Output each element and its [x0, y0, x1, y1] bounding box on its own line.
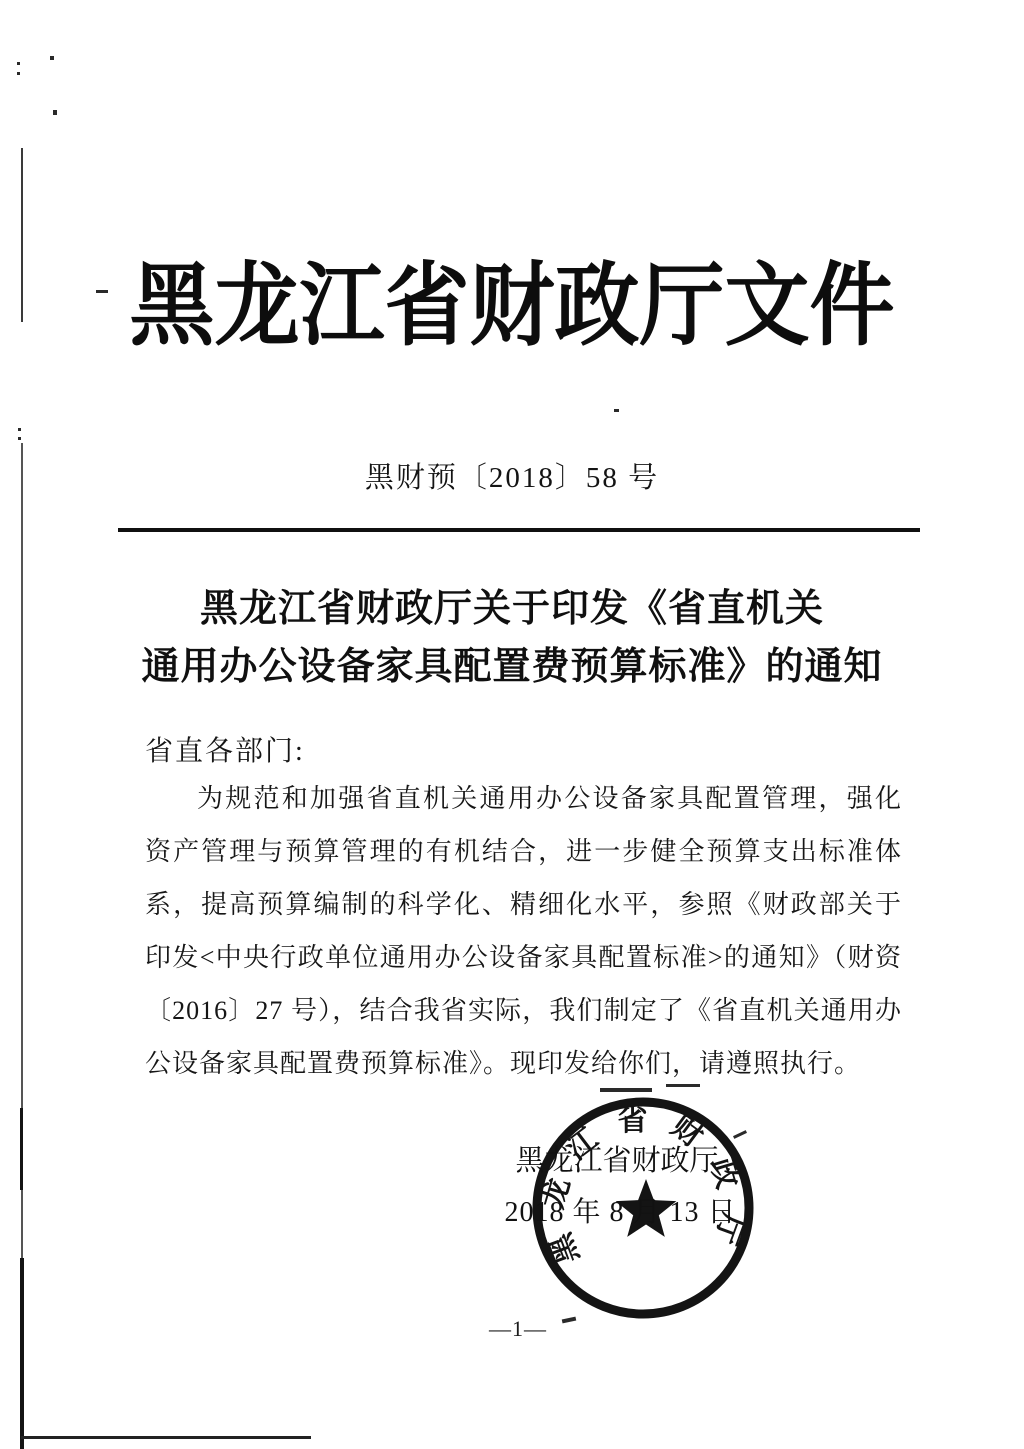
scan-speck	[614, 409, 619, 412]
scan-speck	[18, 437, 21, 440]
body-line: 资产管理与预算管理的有机结合，进一步健全预算支出标准体	[145, 825, 902, 878]
notice-title-line1: 黑龙江省财政厅关于印发《省直机关	[0, 586, 1024, 632]
document-number: 黑财预〔2018〕58 号	[0, 458, 1024, 498]
scan-speck	[18, 428, 21, 431]
body-line: 系，提高预算编制的科学化、精细化水平，参照《财政部关于	[145, 878, 902, 931]
scan-page-edge-line	[21, 1436, 311, 1439]
scan-page-edge-line	[20, 1108, 23, 1190]
letterhead-title: 黑龙江省财政厅文件	[0, 244, 1024, 369]
body-paragraph: 为规范和加强省直机关通用办公设备家具配置管理，强化 资产管理与预算管理的有机结合…	[145, 772, 902, 1090]
document-page: 黑龙江省财政厅文件 黑财预〔2018〕58 号 黑龙江省财政厅关于印发《省直机关…	[0, 0, 1024, 1449]
body-line: 〔2016〕27 号），结合我省实际，我们制定了《省直机关通用办	[145, 984, 902, 1037]
body-line: 为规范和加强省直机关通用办公设备家具配置管理，强化	[145, 772, 902, 825]
scan-speck	[50, 56, 54, 60]
scan-speck	[53, 110, 57, 115]
signature-date: 2018 年 8 月 13 日	[498, 1190, 743, 1230]
scan-page-edge-line	[20, 1258, 24, 1449]
salutation: 省直各部门:	[145, 729, 305, 769]
letterhead-divider-rule	[118, 528, 920, 532]
scan-speck	[17, 72, 20, 75]
body-line: 公设备家具配置费预算标准》。现印发给你们，请遵照执行。	[145, 1037, 902, 1090]
signature-organization: 黑龙江省财政厅	[512, 1138, 722, 1179]
body-line: 印发<中央行政单位通用办公设备家具配置标准>的通知》（财资	[145, 931, 902, 984]
scan-speck	[17, 62, 20, 65]
notice-title-line2: 通用办公设备家具配置费预算标准》的通知	[0, 644, 1024, 690]
